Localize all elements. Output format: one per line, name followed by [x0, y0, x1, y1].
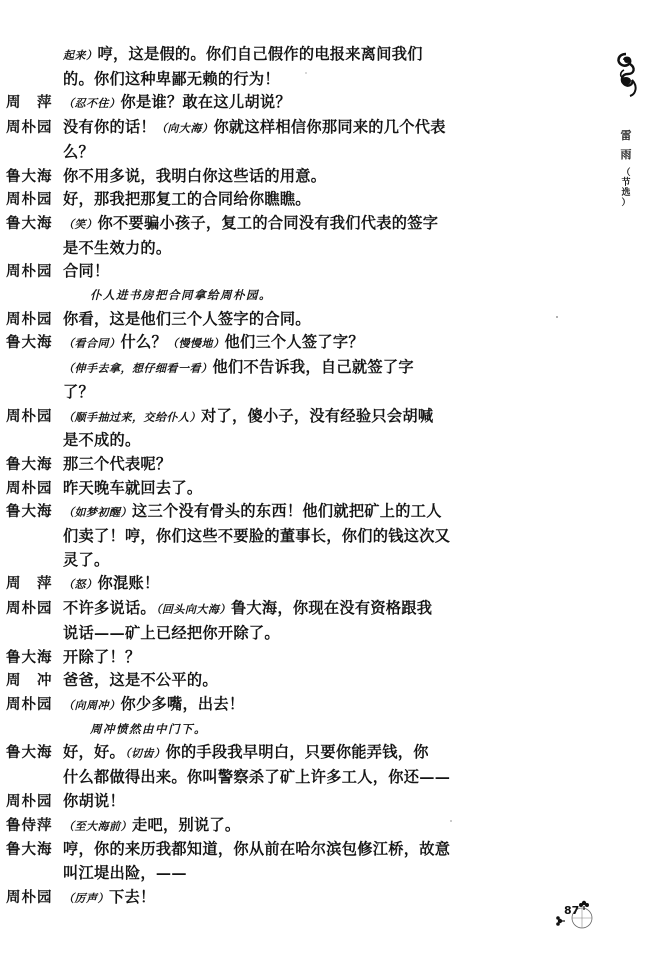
speaker-name: 周 冲 [6, 669, 63, 693]
speaker-name: 鲁大海 [6, 212, 63, 236]
dialogue-text: 的。你们这种卑鄙无赖的行为！ [63, 68, 436, 92]
spoken-text: 是不成的。 [63, 431, 140, 449]
page-number-ornament-icon [552, 898, 612, 938]
dialogue-text: 没有你的话！（向大海）你就这样相信你那同来的几个代表 [63, 116, 446, 141]
inline-stage-direction: 起来） [63, 49, 98, 62]
spoken-text: 灵了。 [63, 551, 109, 569]
speaker-name: 周朴园 [6, 693, 63, 717]
inline-stage-direction: （回头向大海） [156, 603, 231, 616]
dialogue-text: 好，好。（切齿）你的手段我早明白，只要你能弄钱，你 [63, 741, 436, 766]
dialogue-text: 叫江堤出险，—— [63, 862, 436, 886]
dialogue-line: 周朴园（顺手抽过来，交给仆人）对了，傻小子，没有经验只会胡喊 [6, 405, 436, 430]
dialogue-line: 鲁大海（笑）你不要骗小孩子，复工的合同没有我们代表的签字 [6, 212, 436, 237]
dialogue-text: 了？ [63, 381, 436, 405]
spoken-text: 走吧，别说了。 [132, 816, 240, 834]
dialogue-text: （顺手抽过来，交给仆人）对了，傻小子，没有经验只会胡喊 [63, 405, 436, 430]
stage-direction: 仆人进书房把合同拿给周朴园。 [6, 284, 436, 308]
scan-speck [556, 316, 558, 318]
inline-stage-direction: （厉声） [63, 892, 109, 905]
spoken-text: 对了，傻小子，没有经验只会胡喊 [201, 407, 433, 425]
speaker-name: 鲁大海 [6, 838, 63, 862]
dialogue-line: 周朴园不许多说话。（回头向大海）鲁大海，你现在没有资格跟我 [6, 597, 436, 622]
inline-stage-direction: （向大海） [156, 122, 214, 135]
spoken-text: 不许多说话。 [63, 599, 156, 617]
dialogue-line: 周朴园你胡说！ [6, 790, 436, 814]
inline-stage-direction: （切齿） [125, 747, 166, 760]
dialogue-line: 鲁大海好，好。（切齿）你的手段我早明白，只要你能弄钱，你 [6, 741, 436, 766]
spoken-text: 叫江堤出险，—— [63, 864, 187, 882]
dialogue-text: （看合同）什么？（慢慢地）他们三个人签了字？ [63, 331, 436, 356]
dialogue-text: 昨天晚车就回去了。 [63, 477, 436, 501]
dialogue-line: 鲁大海哼，你的来历我都知道，你从前在哈尔滨包修江桥，故意 [6, 838, 436, 862]
scroll-ornament-icon [612, 50, 642, 100]
inline-stage-direction: （怒） [63, 578, 98, 591]
dialogue-text: 起来）哼，这是假的。你们自己假作的电报来离间我们 [63, 43, 436, 68]
paren-open: （ [617, 168, 635, 178]
spoken-text: 你不用多说，我明白你这些话的用意。 [63, 167, 326, 185]
speaker-name: 鲁大海 [6, 165, 63, 189]
dialogue-line: 鲁大海（看合同）什么？（慢慢地）他们三个人签了字？ [6, 331, 436, 356]
dialogue-line: 鲁大海那三个代表呢？ [6, 453, 436, 477]
dialogue-text: 那三个代表呢？ [63, 453, 436, 477]
speaker-name: 鲁大海 [6, 500, 63, 524]
book-page: 雷 雨 （ 节 选 ） 起来）哼，这是假的。你们自己假作的电报来离间我们的。你们… [0, 0, 650, 959]
dialogue-line: 周朴园昨天晚车就回去了。 [6, 477, 436, 501]
spoken-text: 是不生效力的。 [63, 239, 171, 257]
dialogue-text: 哼，你的来历我都知道，你从前在哈尔滨包修江桥，故意 [63, 838, 450, 862]
dialogue-line: 起来）哼，这是假的。你们自己假作的电报来离间我们 [6, 43, 436, 68]
spoken-text: 下去！ [109, 888, 155, 906]
spoken-text: 么？ [63, 143, 94, 161]
dialogue-line: 周 萍（忍不住）你是谁？敢在这儿胡说？ [6, 91, 436, 116]
spoken-text: 说话——矿上已经把你开除了。 [63, 624, 280, 642]
dialogue-text: （厉声）下去！ [63, 886, 436, 911]
speaker-name: 周朴园 [6, 886, 63, 910]
spoken-text: 鲁大海，你现在没有资格跟我 [231, 599, 432, 617]
dialogue-text: （怒）你混账！ [63, 572, 436, 597]
scan-speck [450, 820, 452, 822]
dialogue-line: 说话——矿上已经把你开除了。 [6, 622, 436, 646]
running-title-subtitle: （ 节 选 ） [617, 168, 635, 208]
spoken-text: 你混账！ [98, 574, 160, 592]
inline-stage-direction: （如梦初醒） [63, 506, 132, 519]
speaker-name: 鲁侍萍 [6, 814, 63, 838]
spoken-text: 合同！ [63, 262, 109, 280]
running-title-char: 雨 [617, 145, 635, 164]
dialogue-line: 周 冲爸爸，这是不公平的。 [6, 669, 436, 693]
dialogue-line: 么？ [6, 141, 436, 165]
spoken-text: 好，好。 [63, 743, 125, 761]
inline-stage-direction: （看合同） [63, 337, 121, 350]
dialogue-line: 周朴园好，那我把那复工的合同给你瞧瞧。 [6, 188, 436, 212]
speaker-name: 周朴园 [6, 260, 63, 284]
dialogue-text: 爸爸，这是不公平的。 [63, 669, 436, 693]
spoken-text: 什么？ [121, 333, 167, 351]
speaker-name: 周朴园 [6, 790, 63, 814]
speaker-name: 周朴园 [6, 308, 63, 332]
spoken-text: 好，那我把那复工的合同给你瞧瞧。 [63, 190, 311, 208]
page-number: 87 [564, 904, 579, 917]
dialogue-line: 周朴园没有你的话！（向大海）你就这样相信你那同来的几个代表 [6, 116, 436, 141]
dialogue-line: 灵了。 [6, 549, 436, 573]
spoken-text: 开除了！？ [63, 648, 140, 666]
dialogue-text: 是不生效力的。 [63, 237, 436, 261]
spoken-text: 什么都做得出来。你叫警察杀了矿上许多工人，你还—— [63, 768, 450, 786]
spoken-text: 你是谁？敢在这儿胡说？ [121, 93, 291, 111]
scan-speck [305, 72, 307, 74]
speaker-name: 周朴园 [6, 597, 63, 621]
dialogue-line: 叫江堤出险，—— [6, 862, 436, 886]
dialogue-text: （伸手去拿，想仔细看一看）他们不告诉我，自己就签了字 [63, 356, 436, 381]
spoken-text: 哼，这是假的。你们自己假作的电报来离间我们 [98, 45, 423, 63]
dialogue-text: （至大海前）走吧，别说了。 [63, 814, 436, 839]
spoken-text: 你的手段我早明白，只要你能弄钱，你 [165, 743, 428, 761]
speaker-name: 周朴园 [6, 188, 63, 212]
dialogue-line: 什么都做得出来。你叫警察杀了矿上许多工人，你还—— [6, 766, 436, 790]
speaker-name: 鲁大海 [6, 453, 63, 477]
spoken-text: 你不要骗小孩子，复工的合同没有我们代表的签字 [98, 214, 439, 232]
dialogue-line: 鲁侍萍（至大海前）走吧，别说了。 [6, 814, 436, 839]
spoken-text: 昨天晚车就回去了。 [63, 479, 202, 497]
inline-stage-direction: （笑） [63, 218, 98, 231]
dialogue-text: 你看，这是他们三个人签字的合同。 [63, 308, 436, 332]
spoken-text: 了？ [63, 383, 94, 401]
inline-stage-direction: （伸手去拿，想仔细看一看） [63, 362, 213, 375]
running-title-char: 雷 [617, 126, 635, 145]
inline-stage-direction: （至大海前） [63, 820, 132, 833]
inline-stage-direction: （顺手抽过来，交给仆人） [63, 411, 201, 424]
spoken-text: 爸爸，这是不公平的。 [63, 671, 218, 689]
dialogue-text: 不许多说话。（回头向大海）鲁大海，你现在没有资格跟我 [63, 597, 436, 622]
dialogue-line: 周朴园（向周冲）你少多嘴，出去！ [6, 693, 436, 718]
dialogue-line: 的。你们这种卑鄙无赖的行为！ [6, 68, 436, 92]
spoken-text: 没有你的话！ [63, 118, 156, 136]
speaker-name: 周 萍 [6, 572, 63, 596]
spoken-text: 这三个没有骨头的东西！他们就把矿上的工人 [132, 502, 442, 520]
spoken-text: 那三个代表呢？ [63, 455, 171, 473]
page-number-block: 87 [552, 898, 612, 938]
dialogue-text: 说话——矿上已经把你开除了。 [63, 622, 436, 646]
spoken-text: 哼，你的来历我都知道，你从前在哈尔滨包修江桥，故意 [63, 840, 450, 858]
dialogue-text: 合同！ [63, 260, 436, 284]
inline-stage-direction: （忍不住） [63, 97, 121, 110]
dialogue-text: 你不用多说，我明白你这些话的用意。 [63, 165, 436, 189]
spoken-text: 你看，这是他们三个人签字的合同。 [63, 310, 311, 328]
dialogue-text: 什么都做得出来。你叫警察杀了矿上许多工人，你还—— [63, 766, 450, 790]
dialogue-line: 周朴园你看，这是他们三个人签字的合同。 [6, 308, 436, 332]
dialogue-text: 你胡说！ [63, 790, 436, 814]
stage-direction: 周冲愤然由中门下。 [6, 718, 436, 742]
spoken-text: 们卖了！哼，你们这些不要脸的董事长，你们的钱这次又 [63, 527, 450, 545]
dialogue-text: （笑）你不要骗小孩子，复工的合同没有我们代表的签字 [63, 212, 438, 237]
dialogue-line: 周朴园（厉声）下去！ [6, 886, 436, 911]
dialogue-line: 了？ [6, 381, 436, 405]
spoken-text: 的。你们这种卑鄙无赖的行为！ [63, 70, 280, 88]
dialogue-line: 是不成的。 [6, 429, 436, 453]
speaker-name: 周朴园 [6, 116, 63, 140]
speaker-name: 周朴园 [6, 477, 63, 501]
dialogue-text: 开除了！？ [63, 646, 436, 670]
dialogue-line: 是不生效力的。 [6, 237, 436, 261]
spoken-text: 你胡说！ [63, 792, 125, 810]
speaker-name: 鲁大海 [6, 741, 63, 765]
dialogue-text: 么？ [63, 141, 436, 165]
dialogue-line: 们卖了！哼，你们这些不要脸的董事长，你们的钱这次又 [6, 525, 436, 549]
dialogue-text: 好，那我把那复工的合同给你瞧瞧。 [63, 188, 436, 212]
dialogue-text: （向周冲）你少多嘴，出去！ [63, 693, 436, 718]
running-title: 雷 雨 （ 节 选 ） [617, 126, 635, 208]
paren-close: ） [617, 198, 635, 208]
spoken-text: 他们不告诉我，自己就签了字 [213, 358, 414, 376]
speaker-name: 鲁大海 [6, 331, 63, 355]
dialogue-line: （伸手去拿，想仔细看一看）他们不告诉我，自己就签了字 [6, 356, 436, 381]
dialogue-text: 们卖了！哼，你们这些不要脸的董事长，你们的钱这次又 [63, 525, 450, 549]
spoken-text: 你少多嘴，出去！ [121, 695, 245, 713]
dialogue-line: 鲁大海（如梦初醒）这三个没有骨头的东西！他们就把矿上的工人 [6, 500, 436, 525]
dialogue-line: 周 萍（怒）你混账！ [6, 572, 436, 597]
speaker-name: 周 萍 [6, 91, 63, 115]
inline-stage-direction: （向周冲） [63, 699, 121, 712]
speaker-name: 周朴园 [6, 405, 63, 429]
dialogue-text: 灵了。 [63, 549, 436, 573]
subtitle-char: 选 [617, 188, 635, 198]
subtitle-char: 节 [617, 178, 635, 188]
spoken-text: 你就这样相信你那同来的几个代表 [213, 118, 445, 136]
spoken-text: 他们三个人签了字？ [224, 333, 363, 351]
dialogue-text: 是不成的。 [63, 429, 436, 453]
dialogue-line: 鲁大海开除了！？ [6, 646, 436, 670]
inline-stage-direction: （慢慢地） [167, 337, 225, 350]
dialogue-line: 鲁大海你不用多说，我明白你这些话的用意。 [6, 165, 436, 189]
dialogue-text: （忍不住）你是谁？敢在这儿胡说？ [63, 91, 436, 116]
script-body: 起来）哼，这是假的。你们自己假作的电报来离间我们的。你们这种卑鄙无赖的行为！周 … [6, 43, 436, 910]
speaker-name: 鲁大海 [6, 646, 63, 670]
dialogue-text: （如梦初醒）这三个没有骨头的东西！他们就把矿上的工人 [63, 500, 442, 525]
dialogue-line: 周朴园合同！ [6, 260, 436, 284]
